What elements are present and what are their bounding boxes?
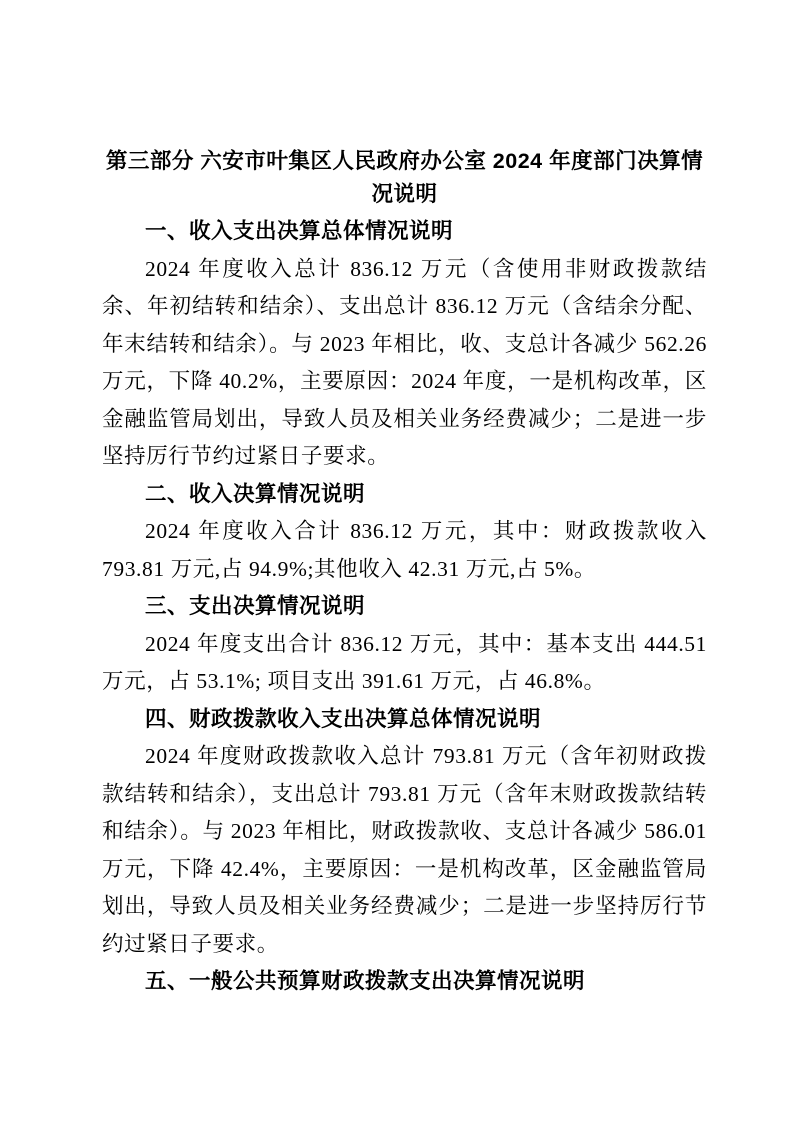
document-page: 第三部分 六安市叶集区人民政府办公室 2024 年度部门决算情况说明 一、收入支… <box>0 0 793 1122</box>
section-2-paragraph: 2024 年度收入合计 836.12 万元，其中：财政拨款收入 793.81 万… <box>102 513 707 588</box>
section-4-paragraph: 2024 年度财政拨款收入总计 793.81 万元（含年初财政拨款结转和结余），… <box>102 738 707 963</box>
section-3-heading: 三、支出决算情况说明 <box>102 588 707 626</box>
section-general-public-budget: 五、一般公共预算财政拨款支出决算情况说明 <box>102 963 707 1001</box>
section-3-paragraph: 2024 年度支出合计 836.12 万元，其中：基本支出 444.51 万元，… <box>102 626 707 701</box>
section-1-paragraph: 2024 年度收入总计 836.12 万元（含使用非财政拨款结余、年初结转和结余… <box>102 251 707 476</box>
document-title: 第三部分 六安市叶集区人民政府办公室 2024 年度部门决算情况说明 <box>102 145 707 211</box>
section-5-heading: 五、一般公共预算财政拨款支出决算情况说明 <box>102 963 707 1001</box>
section-fiscal-appropriation-overview: 四、财政拨款收入支出决算总体情况说明 2024 年度财政拨款收入总计 793.8… <box>102 701 707 964</box>
section-income-expenditure-overview: 一、收入支出决算总体情况说明 2024 年度收入总计 836.12 万元（含使用… <box>102 213 707 476</box>
section-income-accounts: 二、收入决算情况说明 2024 年度收入合计 836.12 万元，其中：财政拨款… <box>102 476 707 589</box>
section-4-heading: 四、财政拨款收入支出决算总体情况说明 <box>102 701 707 739</box>
section-2-heading: 二、收入决算情况说明 <box>102 476 707 514</box>
section-1-heading: 一、收入支出决算总体情况说明 <box>102 213 707 251</box>
section-expenditure-accounts: 三、支出决算情况说明 2024 年度支出合计 836.12 万元，其中：基本支出… <box>102 588 707 701</box>
